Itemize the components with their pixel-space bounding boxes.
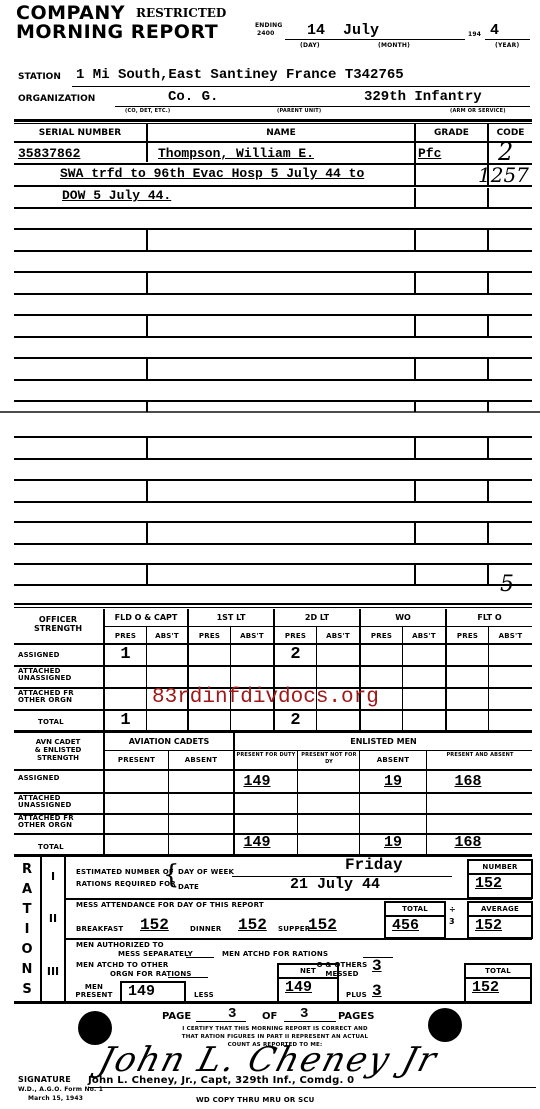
copy-routing-note: WD COPY THRU MRU OR SCU	[196, 1096, 315, 1104]
entry-grade: Pfc	[418, 146, 441, 161]
entry-name: Thompson, William E.	[158, 146, 314, 161]
subcol-pres: PRES	[105, 632, 146, 640]
col-header-name: NAME	[148, 128, 414, 138]
officer-total-fld-pres: 1	[105, 711, 146, 730]
ration-total-label: TOTAL	[466, 965, 530, 979]
day-of-week-value: Friday	[345, 856, 403, 874]
average-label: AVERAGE	[469, 903, 531, 917]
em-row-label-attached-unassigned: ATTACHED UNASSIGNED	[18, 795, 102, 809]
dinner-value: 152	[238, 916, 267, 934]
ending-label: ENDING	[255, 22, 282, 29]
authorized-label-2: MESS SEPARATELY	[118, 950, 193, 958]
subcol-cadet-present: PRESENT	[105, 756, 168, 764]
subcol-abst: ABS'T	[147, 632, 187, 640]
subcol-pres: PRES	[361, 632, 402, 640]
divide-by-three: ÷ 3	[449, 904, 459, 928]
section-2-roman: II	[42, 912, 64, 925]
form-date: March 15, 1943	[28, 1095, 83, 1102]
margin-note: 5	[500, 572, 514, 597]
officer-strength-label-1: OFFICER	[14, 615, 102, 624]
plus-value: 3	[372, 982, 382, 1000]
total-pages: 3	[300, 1006, 308, 1022]
row-label-assigned: ASSIGNED	[18, 651, 60, 659]
em-row-label-total: TOTAL	[38, 843, 64, 851]
group-enlisted-men: ENLISTED MEN	[235, 737, 532, 746]
binder-hole-right	[428, 1008, 462, 1042]
pages-label: PAGES	[338, 1011, 374, 1022]
report-year-digit: 4	[490, 22, 499, 39]
number-value: 152	[469, 875, 531, 892]
rations-side-label: R A T I O N S	[14, 860, 40, 1000]
mess-total-label: TOTAL	[386, 903, 444, 917]
subcol-pres: PRES	[275, 632, 316, 640]
signature-typed: John L. Cheney, Jr., Capt, 329th Inf., C…	[88, 1075, 540, 1086]
caption-parent-unit: (PARENT UNIT)	[277, 108, 321, 114]
form-title-morning-report: MORNING REPORT	[16, 23, 218, 41]
entry-remark-line2: DOW 5 July 44.	[62, 188, 171, 203]
form-title-company: COMPANY	[16, 4, 125, 22]
day-caption: (DAY)	[300, 42, 320, 49]
men-atchd-rations-label: MEN ATCHD FOR RATIONS	[222, 950, 328, 958]
less-label: LESS	[194, 991, 214, 999]
caption-company: (CO, DET, ETC.)	[125, 108, 170, 114]
section-1-label: ESTIMATED NUMBER OF RATIONS REQUIRED FOR	[76, 866, 176, 890]
day-of-week-label: DAY OF WEEK	[178, 868, 234, 876]
report-day: 14	[307, 22, 325, 39]
atchd-other-label-1: MEN ATCHD TO OTHER	[76, 961, 168, 969]
subcol-present-and-absent: PRESENT AND ABSENT	[428, 752, 532, 759]
col-header-serial-number: SERIAL NUMBER	[14, 128, 146, 138]
station-label: STATION	[18, 72, 61, 82]
report-month: July	[343, 22, 379, 39]
ration-date-value: 21 July 44	[290, 876, 380, 893]
form-number: W.D., A.G.O. Form No. 1	[18, 1086, 103, 1093]
page-label: PAGE	[162, 1011, 191, 1022]
em-total-absent: 19	[360, 834, 426, 851]
subcol-pres: PRES	[189, 632, 230, 640]
subcol-abst: ABS'T	[403, 632, 445, 640]
section-3-roman: III	[42, 965, 64, 978]
ration-total-value: 152	[466, 979, 530, 996]
subcol-abst: ABS'T	[489, 632, 532, 640]
group-flt-o: FLT O	[447, 613, 532, 622]
group-aviation-cadets: AVIATION CADETS	[105, 737, 233, 746]
ending-time-label: 2400	[257, 30, 275, 37]
subcol-em-absent: ABSENT	[360, 756, 426, 764]
watermark: 83rdinfdivdocs.org	[152, 686, 379, 709]
supper-value: 152	[308, 916, 337, 934]
signature-label: SIGNATURE	[18, 1075, 71, 1084]
year-caption: (YEAR)	[495, 42, 519, 49]
entry-code: 2	[498, 138, 513, 166]
number-label: NUMBER	[469, 861, 531, 875]
dinner-label: DINNER	[190, 925, 222, 933]
row-label-total: TOTAL	[38, 718, 64, 726]
officer-assigned-fld-pres: 1	[105, 645, 146, 664]
net-box: NET 149	[277, 963, 339, 1002]
men-present-box: 149	[120, 981, 186, 1003]
em-total-present-duty: 149	[235, 834, 279, 851]
breakfast-value: 152	[140, 916, 169, 934]
o-others-messed-value: 3	[372, 957, 382, 975]
subcol-present-for-duty: PRESENT FOR DUTY	[236, 752, 296, 759]
subcol-abst: ABS'T	[231, 632, 273, 640]
handwritten-signature: John L. Cheney Jr	[95, 1040, 443, 1080]
men-present-value: 149	[122, 983, 184, 1000]
caption-arm-service: (ARM OR SERVICE)	[450, 108, 506, 114]
em-assigned-present-absent: 168	[428, 773, 508, 790]
officer-total-2dlt-pres: 2	[275, 711, 316, 730]
em-row-label-assigned: ASSIGNED	[18, 774, 60, 782]
subcol-abst: ABS'T	[317, 632, 359, 640]
officer-assigned-2dlt-pres: 2	[275, 645, 316, 664]
net-label: NET	[279, 965, 337, 979]
supper-label: SUPPER	[278, 925, 310, 933]
men-present-label: MEN PRESENT	[72, 983, 116, 999]
subcol-cadet-absent: ABSENT	[169, 756, 233, 764]
average-value: 152	[469, 917, 531, 934]
row-label-attached-other-orgn: ATTACHED FR OTHER ORGN	[18, 690, 102, 704]
col-header-grade: GRADE	[416, 128, 487, 138]
group-fld-o-capt: FLD O & CAPT	[105, 613, 187, 622]
organization-unit: 329th Infantry	[364, 89, 482, 105]
entry-remark-code: 1257	[478, 163, 529, 187]
em-assigned-present-duty: 149	[235, 773, 279, 790]
organization-company: Co. G.	[168, 89, 218, 105]
plus-label: PLUS	[346, 991, 367, 999]
em-assigned-absent: 19	[360, 773, 426, 790]
entry-remark-line1: SWA trfd to 96th Evac Hosp 5 July 44 to	[60, 166, 364, 181]
restricted-stamp: RESTRICTED	[136, 6, 226, 20]
year-prefix: 194	[468, 31, 481, 38]
section-1-roman: I	[42, 870, 64, 883]
organization-label: ORGANIZATION	[18, 94, 95, 104]
group-1st-lt: 1ST LT	[189, 613, 273, 622]
breakfast-label: BREAKFAST	[76, 925, 123, 933]
authorized-label-1: MEN AUTHORIZED TO	[76, 941, 164, 949]
entry-serial-number: 35837862	[18, 146, 80, 161]
month-caption: (MONTH)	[378, 42, 410, 49]
net-value: 149	[279, 979, 337, 996]
average-box: AVERAGE 152	[467, 901, 533, 939]
em-total-present-absent: 168	[428, 834, 508, 851]
subcol-pres: PRES	[447, 632, 488, 640]
of-label: OF	[262, 1011, 277, 1022]
mess-total-box: TOTAL 456	[384, 901, 446, 939]
mess-total-value: 456	[386, 917, 444, 934]
enlisted-strength-label-3: STRENGTH	[14, 754, 102, 762]
date-label: DATE	[178, 883, 199, 891]
enlisted-strength-label-1: AVN CADET	[14, 738, 102, 746]
group-wo: WO	[361, 613, 445, 622]
group-2d-lt: 2D LT	[275, 613, 359, 622]
page-number: 3	[228, 1006, 236, 1022]
em-row-label-attached-other-orgn: ATTACHED FR OTHER ORGN	[18, 815, 102, 829]
subcol-present-not-for-duty: PRESENT NOT FOR DY	[299, 752, 359, 766]
ration-total-box: TOTAL 152	[464, 963, 532, 1002]
enlisted-strength-label-2: & ENLISTED	[14, 746, 102, 754]
col-header-code: CODE	[489, 128, 532, 138]
row-label-attached-unassigned: ATTACHED UNASSIGNED	[18, 668, 102, 682]
number-box: NUMBER 152	[467, 859, 533, 899]
station-value: 1 Mi South,East Santiney France T342765	[76, 67, 404, 83]
mess-attendance-heading: MESS ATTENDANCE FOR DAY OF THIS REPORT	[76, 901, 264, 909]
officer-strength-label-2: STRENGTH	[14, 624, 102, 633]
